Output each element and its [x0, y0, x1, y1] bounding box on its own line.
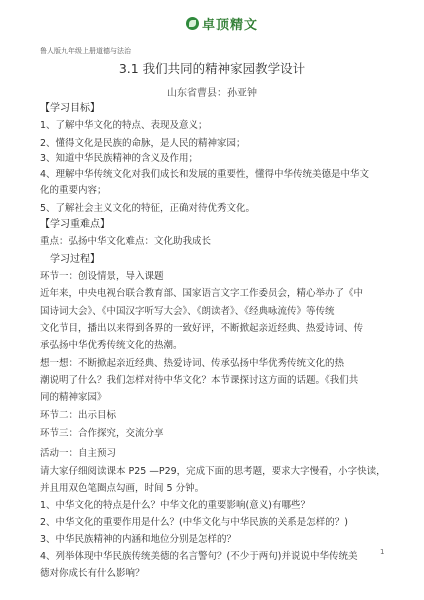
step-three-title: 环节三：合作探究，交流分享 — [40, 425, 164, 439]
step-one-title: 环节一：创设情景，导入课题 — [40, 268, 164, 282]
goal-item: 5、了解社会主义文化的特征，正确对待优秀文化。 — [40, 200, 255, 214]
paragraph-line: 文化节目，播出以来得到各界的一致好评，不断掀起亲近经典、热爱诗词、传 — [40, 320, 363, 334]
paragraph-line: 潮说明了什么？我们怎样对待中华文化？本节课探讨这方面的话题。《我们共 — [40, 372, 358, 386]
question-item: 1、中华文化的特点是什么？中华文化的重要影响(意义)有哪些？ — [40, 497, 310, 511]
goals-heading: 【学习目标】 — [40, 99, 100, 114]
goal-item: 1、了解中华文化的特点、表现及意义； — [40, 117, 208, 131]
paragraph-line: 近年来，中央电视台联合教育部、国家语言文字工作委员会，精心举办了《中 — [40, 285, 363, 299]
paragraph-line: 承弘扬中华优秀传统文化的热潮。 — [40, 337, 183, 351]
brand-name: 卓顶精文 — [202, 14, 258, 33]
paragraph-line: 请大家仔细阅读课本 P25 —P29，完成下面的思考题，要求大字慢看，小字快读， — [40, 463, 386, 477]
goal-item: 3、知道中华民族精神的含义及作用； — [40, 150, 198, 164]
paragraph-line: 同的精神家园》 — [40, 389, 107, 403]
document-title: 3.1 我们共同的精神家园教学设计 — [0, 59, 424, 77]
question-item: 2、中华文化的重要作用是什么？(中华文化与中华民族的关系是怎样的？) — [40, 514, 348, 528]
step-two-title: 环节二：出示目标 — [40, 407, 116, 421]
paragraph-line: 国诗词大会》、《中国汉字听写大会》、《朗读者》、《经典咏流传》等传统 — [40, 303, 335, 317]
key-points-text: 重点：弘扬中华文化难点：文化助我成长 — [40, 233, 211, 247]
goal-item: 4、理解中华传统文化对我们成长和发展的重要性，懂得中华传统美德是中华文 — [40, 166, 369, 180]
paragraph-line: 并且用双色笔圈点勾画，时间 5 分钟。 — [40, 480, 204, 494]
paragraph-line: 想一想：不断掀起亲近经典、热爱诗词、传承弘扬中华优秀传统文化的热 — [40, 355, 344, 369]
goal-item: 化的重要内容； — [40, 182, 107, 196]
question-item: 德对你成长有什么影响？ — [40, 565, 145, 579]
key-points-heading: 【学习重难点】 — [40, 215, 110, 230]
activity-one-title: 活动一：自主预习 — [40, 445, 116, 459]
document-author: 山东省曹县：孙亚钟 — [0, 84, 424, 99]
goal-item: 2、懂得文化是民族的命脉，是人民的精神家园； — [40, 135, 246, 149]
process-heading: 学习过程】 — [50, 250, 100, 265]
question-item: 3、中华民族精神的内涵和地位分别是怎样的？ — [40, 531, 236, 545]
page-number: 1 — [380, 548, 384, 556]
brand-logo: 卓顶精文 — [186, 14, 258, 33]
course-header: 鲁人版九年级上册道德与法治 — [40, 46, 131, 56]
question-item: 4、列举体现中华民族传统美德的名言警句？(不少于两句)并说说中华传统美 — [40, 548, 357, 562]
leaf-logo-icon — [186, 17, 199, 30]
